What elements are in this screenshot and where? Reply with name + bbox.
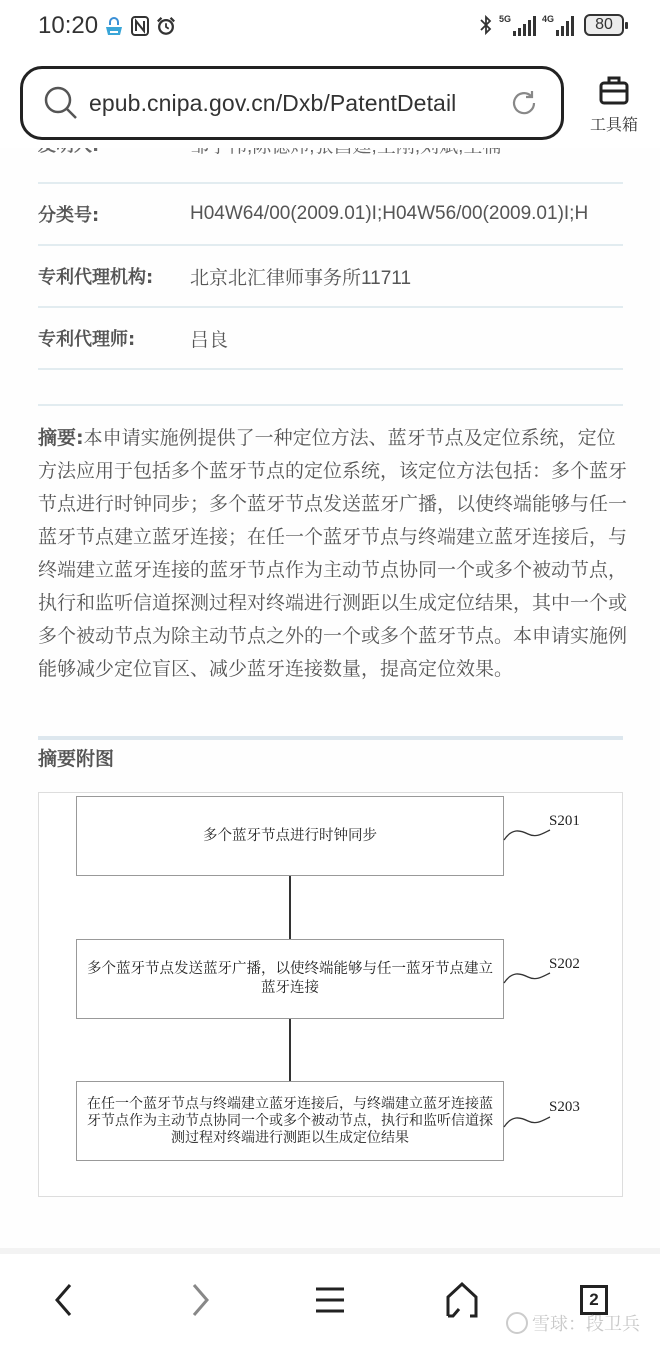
connector-line [289, 1019, 291, 1081]
url-text[interactable]: epub.cnipa.gov.cn/Dxb/PatentDetail [89, 90, 509, 117]
step-id-s203: S203 [549, 1099, 580, 1116]
abstract-label: 摘要: [38, 427, 84, 449]
home-icon [444, 1281, 480, 1319]
abstract: 摘要:本申请实施例提供了一种定位方法、蓝牙节点及定位系统，定位方法应用于包括多个… [38, 422, 628, 686]
back-button[interactable] [42, 1278, 86, 1322]
nfc-icon [130, 15, 150, 37]
classification-row: 分类号: H04W64/00(2009.01)I;H04W56/00(2009.… [38, 184, 623, 246]
flow-step-s202: 多个蓝牙节点发送蓝牙广播，以使终端能够与任一蓝牙节点建立蓝牙连接 [76, 939, 504, 1019]
forward-icon [188, 1282, 212, 1318]
search-icon [43, 85, 79, 121]
xueqiu-logo-icon [506, 1312, 528, 1334]
step-text: 多个蓝牙节点发送蓝牙广播，以使终端能够与任一蓝牙节点建立蓝牙连接 [85, 960, 495, 998]
4g-signal-icon: 4G [542, 14, 574, 36]
classification-label: 分类号: [38, 201, 190, 227]
step-text: 在任一个蓝牙节点与终端建立蓝牙连接后，与终端建立蓝牙连接蓝牙节点作为主动节点协同… [85, 1096, 495, 1147]
flow-step-s203: 在任一个蓝牙节点与终端建立蓝牙连接后，与终端建立蓝牙连接蓝牙节点作为主动节点协同… [76, 1081, 504, 1161]
agency-label: 专利代理机构: [38, 263, 190, 289]
figure-title: 摘要附图 [38, 744, 114, 771]
browser-toolbar: epub.cnipa.gov.cn/Dxb/PatentDetail 工具箱 [0, 56, 660, 148]
abstract-figure[interactable]: 多个蓝牙节点进行时钟同步 S201 多个蓝牙节点发送蓝牙广播，以使终端能够与任一… [38, 792, 623, 1197]
leader-line-icon [502, 969, 552, 989]
connector-line [289, 876, 291, 939]
watermark: 雪球：段卫兵 [506, 1310, 640, 1336]
menu-button[interactable] [308, 1278, 352, 1322]
watermark-text: 雪球：段卫兵 [532, 1310, 640, 1336]
toolbox-icon [598, 74, 630, 106]
agent-label: 专利代理师: [38, 325, 190, 351]
menu-icon [314, 1286, 346, 1314]
network-label: 4G [542, 14, 554, 24]
5g-signal-icon: 5G [499, 14, 536, 36]
agency-row: 专利代理机构: 北京北汇律师事务所11711 [38, 246, 623, 308]
alarm-icon [156, 15, 176, 37]
back-icon [52, 1282, 76, 1318]
classification-value: H04W64/00(2009.01)I;H04W56/00(2009.01)I;… [190, 203, 588, 225]
cloud-lock-icon [104, 15, 124, 37]
step-id-s202: S202 [549, 956, 580, 973]
agent-value: 吕良 [190, 325, 228, 352]
battery-indicator: 80 [584, 14, 624, 36]
flow-step-s201: 多个蓝牙节点进行时钟同步 [76, 796, 504, 876]
toolbox-button[interactable]: 工具箱 [583, 74, 645, 135]
leader-line-icon [502, 1113, 552, 1133]
clock: 10:20 [38, 12, 98, 40]
abstract-text: 本申请实施例提供了一种定位方法、蓝牙节点及定位系统，定位方法应用于包括多个蓝牙节… [38, 427, 627, 680]
step-id-s201: S201 [549, 813, 580, 830]
empty-row [38, 372, 623, 406]
leader-line-icon [502, 826, 552, 846]
divider [38, 736, 623, 740]
home-button[interactable] [440, 1278, 484, 1322]
agent-row: 专利代理师: 吕良 [38, 308, 623, 370]
toolbox-label: 工具箱 [590, 115, 638, 134]
address-bar[interactable]: epub.cnipa.gov.cn/Dxb/PatentDetail [20, 66, 564, 140]
step-text: 多个蓝牙节点进行时钟同步 [203, 827, 377, 846]
network-label: 5G [499, 14, 511, 24]
agency-value: 北京北汇律师事务所11711 [190, 263, 411, 290]
status-bar: 10:20 5G 4G 80 [0, 0, 660, 56]
forward-button[interactable] [178, 1278, 222, 1322]
reload-icon[interactable] [509, 88, 539, 118]
bluetooth-icon [479, 14, 493, 36]
